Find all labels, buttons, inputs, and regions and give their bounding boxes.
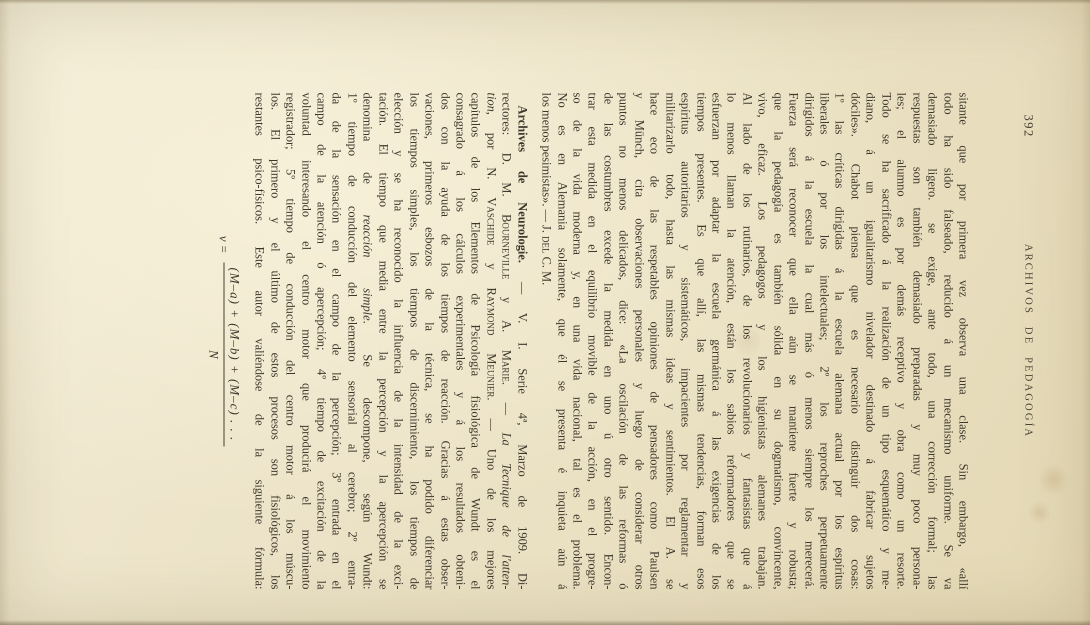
- text-line: trar esta medida en el equilibrio movibl…: [584, 92, 599, 589]
- text-line: los. El primero y el último de estos pro…: [266, 92, 281, 589]
- text-line: lo menos llaman la atención, están los s…: [723, 92, 738, 589]
- text-line: esfuerzan por adaptar la escuela germáni…: [708, 92, 723, 589]
- paper-stain: [1038, 462, 1068, 496]
- formula: v = (M–a) + (M–b) + (M–c) . . . N: [205, 92, 242, 589]
- text-line: tion, por N. Vaschide y Raymond Meunier.…: [482, 92, 497, 589]
- text-line: demasiado ligero. se exige, ante todo, u…: [924, 92, 939, 589]
- body-text: sitante que por primera vez observa una …: [251, 92, 970, 589]
- text-line: vaciones, primeros esbozos de la técnica…: [421, 92, 436, 589]
- text-line: respuestas son también demasiado prepara…: [908, 92, 923, 589]
- text-line: capítulos de los Elementos de Psicología…: [467, 92, 482, 589]
- text-line: da de la sensación en el campo de la per…: [328, 92, 343, 589]
- text-line: y Münch, cita observaciones personales y…: [630, 92, 645, 589]
- text-line: consagrado á los cálculos experimentales…: [452, 92, 467, 589]
- text-line: liberales ó por los intelectuales; 2º lo…: [816, 92, 831, 589]
- text-line: todo ha sido falseado, reducido á un mec…: [939, 92, 954, 589]
- text-line: 1º las críticas dirigidas á la escuela a…: [831, 92, 846, 589]
- text-line: dirigidos á la escuela la cual más ó men…: [800, 92, 815, 589]
- text-line: Fuerza será reconocer que ella aún se ma…: [785, 92, 800, 589]
- text-line: registrador; 5º tiempo de conducción del…: [282, 92, 297, 589]
- text-line: dóciles». Chabot piensa que es necesario…: [847, 92, 862, 589]
- text-line: Todo se ha sacrificado á la realización …: [877, 92, 892, 589]
- text-line: rectores: D. M. Bourneville y A. Marie. …: [498, 92, 513, 589]
- text-line: militarizarlo todo, hasta las mismas ide…: [661, 92, 676, 589]
- text-line: elección y se ha reconocido la influenci…: [390, 92, 405, 589]
- text-line: los tiempos simples, los tiempos de disc…: [405, 92, 420, 589]
- text-line: de las costumbres excede la medida en un…: [600, 92, 615, 589]
- text-line: espíritus autoritarios y sistemáticos, i…: [677, 92, 692, 589]
- text-line: que la pedagogía es también sólida en su…: [769, 92, 784, 589]
- text-line: denomina de reacción simple. Se descompo…: [359, 92, 374, 589]
- formula-lhs: v =: [216, 235, 232, 253]
- formula-denominator: N: [205, 262, 223, 446]
- text-line: 1º tiempo de conducción del elemento sen…: [344, 92, 359, 589]
- text-line: les; el alumno es por demás receptivo y …: [893, 92, 908, 589]
- scanned-journal-page: 392 ARCHIVOS DE PEDAGOGÍA sitante que po…: [0, 0, 1090, 625]
- formula-fraction: (M–a) + (M–b) + (M–c) . . . N: [205, 262, 242, 446]
- text-line: voluntad interesando el centro motor que…: [297, 92, 312, 589]
- text-line: dos con la ayuda de los tiempos de reacc…: [436, 92, 451, 589]
- rotated-page: 392 ARCHIVOS DE PEDAGOGÍA sitante que po…: [0, 0, 1090, 625]
- text-line: No es en Alemania solamente, que él se p…: [553, 92, 568, 589]
- text-line: los menos pesimistas». — J. del C. M.: [538, 92, 553, 589]
- text-line: Al lado de los rutinarios, de los revolu…: [738, 92, 753, 589]
- formula-numerator: (M–a) + (M–b) + (M–c) . . .: [223, 262, 242, 446]
- text-line: puntos no menos delicados, dice: «La osc…: [615, 92, 630, 589]
- text-line: tación. El tiempo que media entre la per…: [374, 92, 389, 589]
- text-line: diano, á un igualitarismo nivelador dest…: [862, 92, 877, 589]
- text-line: campo de la atención ó apercepción; 4º t…: [313, 92, 328, 589]
- text-line: so de la vida moderna y, en una vida nac…: [569, 92, 584, 589]
- text-line: vivo, eficaz. Los pedagogos y los higien…: [754, 92, 769, 589]
- text-line: restantes psico-físicos. Este autor vali…: [251, 92, 266, 589]
- text-line: tiempos presentes. Es que allí, las mism…: [692, 92, 707, 589]
- text-line: sitante que por primera vez observa una …: [955, 92, 970, 589]
- text-line: Archives de Neurologie. — V. I. Serie 4ª…: [513, 92, 528, 589]
- text-line: hace eco de las respetables opiniones de…: [646, 92, 661, 589]
- running-title: ARCHIVOS DE PEDAGOGÍA: [1022, 92, 1033, 589]
